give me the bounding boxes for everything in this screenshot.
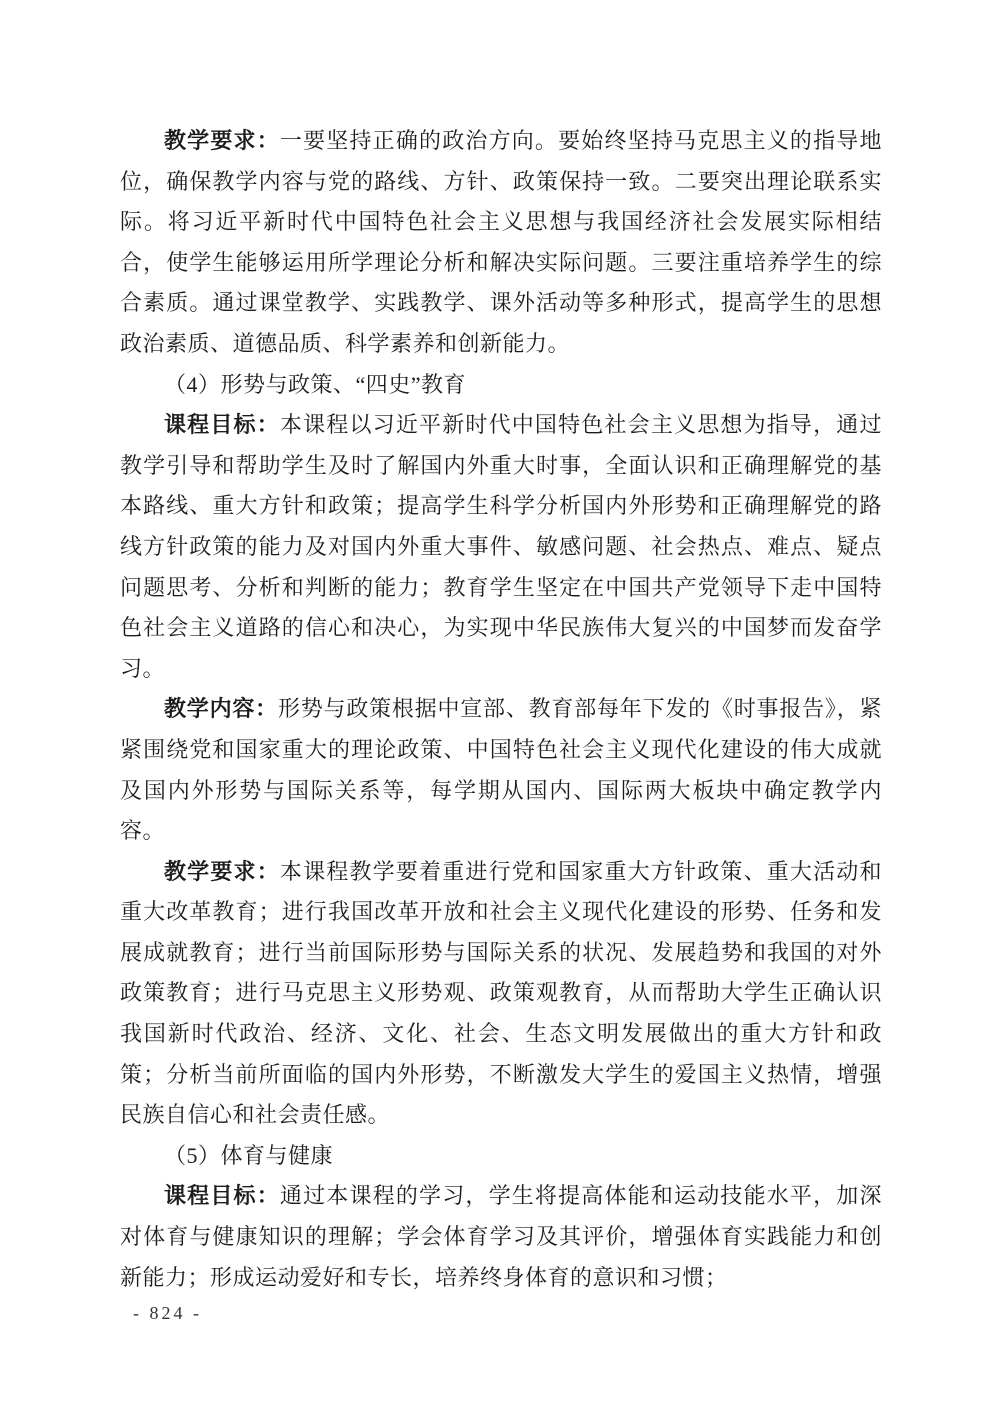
paragraph-label-course-objectives-section-4: 课程目标： [164, 412, 280, 437]
document-body: 教学要求：一要坚持正确的政治方向。要始终坚持马克思主义的指导地位，确保教学内容与… [120, 121, 882, 1298]
document-page: 教学要求：一要坚持正确的政治方向。要始终坚持马克思主义的指导地位，确保教学内容与… [0, 0, 1000, 1414]
paragraph-teaching-requirements-1: 教学要求：一要坚持正确的政治方向。要始终坚持马克思主义的指导地位，确保教学内容与… [120, 121, 882, 365]
paragraph-text-course-objectives-section-4: 本课程以习近平新时代中国特色社会主义思想为指导，通过教学引导和帮助学生及时了解国… [120, 412, 882, 681]
paragraph-course-objectives-section-4: 课程目标：本课程以习近平新时代中国特色社会主义思想为指导，通过教学引导和帮助学生… [120, 405, 882, 689]
paragraph-text-teaching-requirements-section-4: 本课程教学要着重进行党和国家重大方针政策、重大活动和重大改革教育；进行我国改革开… [120, 859, 882, 1128]
paragraph-label-teaching-requirements-1: 教学要求： [164, 128, 280, 153]
heading-section-5-physical-education: （5）体育与健康 [120, 1136, 882, 1177]
paragraph-label-course-objectives-section-5: 课程目标： [164, 1183, 280, 1208]
paragraph-label-teaching-requirements-section-4: 教学要求： [164, 859, 280, 884]
paragraph-label-teaching-content-section-4: 教学内容： [164, 696, 278, 721]
heading-section-4-situation-and-policy: （4）形势与政策、“四史”教育 [120, 365, 882, 406]
paragraph-teaching-requirements-section-4: 教学要求：本课程教学要着重进行党和国家重大方针政策、重大活动和重大改革教育；进行… [120, 852, 882, 1136]
paragraph-text-teaching-requirements-1: 一要坚持正确的政治方向。要始终坚持马克思主义的指导地位，确保教学内容与党的路线、… [120, 128, 882, 356]
paragraph-teaching-content-section-4: 教学内容：形势与政策根据中宣部、教育部每年下发的《时事报告》，紧紧围绕党和国家重… [120, 689, 882, 851]
paragraph-course-objectives-section-5: 课程目标：通过本课程的学习，学生将提高体能和运动技能水平，加深对体育与健康知识的… [120, 1176, 882, 1298]
page-number: - 824 - [133, 1303, 202, 1324]
